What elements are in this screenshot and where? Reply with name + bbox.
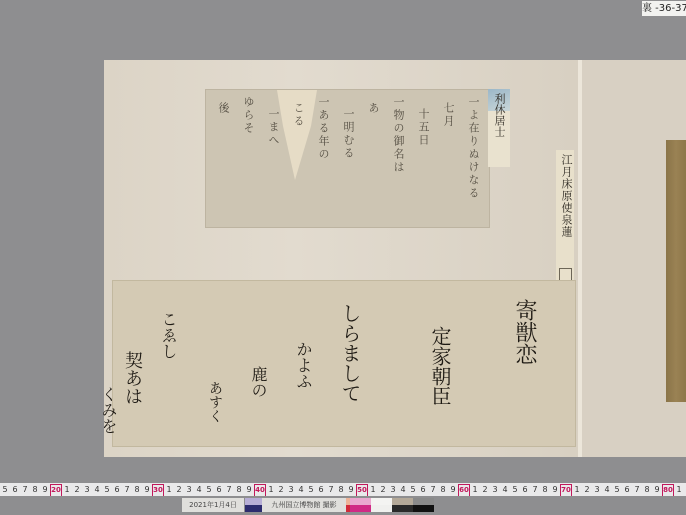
ruler-tick: 9 — [346, 483, 356, 496]
ruler-tick: 9 — [652, 483, 662, 496]
ruler-tick: 7 — [530, 483, 540, 496]
ruler-tick: 20 — [50, 484, 62, 496]
letter-column: ゆらそ — [240, 96, 256, 135]
letter-column: 一明むる — [340, 108, 356, 160]
ruler-tick: 3 — [286, 483, 296, 496]
poem-column: くみを — [97, 386, 120, 434]
ruler-tick: 2 — [378, 483, 388, 496]
ruler-tick: 5 — [510, 483, 520, 496]
photo-date: 2021年1月4日 — [182, 498, 244, 512]
ruler-tick: 3 — [82, 483, 92, 496]
ruler-tick: 3 — [184, 483, 194, 496]
letter-column: 一まへ — [265, 108, 281, 147]
ruler-tick: 1 — [674, 483, 684, 496]
ruler-tick: 6 — [214, 483, 224, 496]
ruler-tick: 3 — [490, 483, 500, 496]
ruler-tick: 7 — [20, 483, 30, 496]
ruler-tick: 50 — [356, 484, 368, 496]
letter-column: 一物の御名は — [390, 96, 406, 174]
ruler-tick: 6 — [622, 483, 632, 496]
letter-column: 一よ在りぬけなる — [465, 96, 481, 200]
ruler-tick: 6 — [520, 483, 530, 496]
ruler-tick: 3 — [592, 483, 602, 496]
ruler-tick: 9 — [244, 483, 254, 496]
poem-column: 鹿の — [247, 366, 270, 398]
ruler-tick: 7 — [632, 483, 642, 496]
ruler-tick: 7 — [122, 483, 132, 496]
album-page: 一よ在りぬけなる七月十五日一物の御名はあ一明むる一ある年のこる一まへゆらそ後 利… — [104, 60, 686, 457]
ruler-tick: 80 — [662, 484, 674, 496]
ruler-tick: 6 — [418, 483, 428, 496]
ruler-tick: 5 — [306, 483, 316, 496]
poem-column: 寄獣恋 — [509, 299, 540, 365]
ruler-tick: 8 — [438, 483, 448, 496]
ruler-tick: 2 — [276, 483, 286, 496]
attribution-text: 利休居士 — [491, 93, 507, 137]
poem-column: あすく — [205, 381, 225, 423]
ruler-tick: 5 — [612, 483, 622, 496]
ruler-tick: 7 — [326, 483, 336, 496]
ruler-tick: 3 — [388, 483, 398, 496]
ruler-tick: 6 — [112, 483, 122, 496]
ruler-tick: 7 — [224, 483, 234, 496]
ruler-tick: 1 — [62, 483, 72, 496]
letter-column: 十五日 — [415, 108, 431, 147]
poem-column: こゑし — [157, 311, 180, 359]
ruler-tick: 4 — [602, 483, 612, 496]
ruler-tick: 1 — [572, 483, 582, 496]
ruler-tick: 8 — [234, 483, 244, 496]
ruler-tick: 5 — [408, 483, 418, 496]
ruler-tick: 40 — [254, 484, 266, 496]
ruler-tick: 8 — [642, 483, 652, 496]
letter-column: 七月 — [440, 102, 456, 128]
ruler-tick: 4 — [500, 483, 510, 496]
page-label-tag: 裏 -36-37 — [642, 1, 686, 16]
ruler-tick: 1 — [368, 483, 378, 496]
attribution-tag: 利休居士 — [488, 89, 510, 167]
ruler-tick: 8 — [30, 483, 40, 496]
ruler-tick: 1 — [266, 483, 276, 496]
ruler-tick: 8 — [132, 483, 142, 496]
color-swatch — [392, 498, 413, 512]
letter-column: 後 — [215, 102, 231, 115]
ruler-tick: 30 — [152, 484, 164, 496]
ruler-tick: 4 — [194, 483, 204, 496]
ruler-tick: 5 — [0, 483, 10, 496]
color-swatch — [413, 498, 434, 512]
slip-text: 江月床原使泉蓮 — [558, 154, 574, 238]
measuring-ruler: 5678920123456789301234567894012345678950… — [0, 483, 686, 496]
ruler-tick: 4 — [398, 483, 408, 496]
photo-credit: 九州国立博物館 撮影 — [262, 498, 346, 512]
poem-column: 定家朝臣 — [426, 326, 455, 406]
ruler-tick: 60 — [458, 484, 470, 496]
ruler-tick: 9 — [40, 483, 50, 496]
ruler-tick: 4 — [92, 483, 102, 496]
calligraphy-poem: 寄獣恋定家朝臣しらましてかよふ鹿のあすくこゑし契あはくみを — [112, 280, 576, 447]
color-swatch — [350, 498, 371, 512]
poem-column: かよふ — [292, 341, 315, 389]
ruler-tick: 2 — [72, 483, 82, 496]
attribution-slip: 江月床原使泉蓮 — [556, 150, 574, 288]
ruler-tick: 2 — [480, 483, 490, 496]
ruler-tick: 9 — [550, 483, 560, 496]
ruler-tick: 1 — [470, 483, 480, 496]
ruler-tick: 7 — [428, 483, 438, 496]
letter-column: こる — [290, 102, 306, 128]
ruler-tick: 9 — [142, 483, 152, 496]
color-swatch — [371, 498, 392, 512]
poem-column: 契あは — [119, 351, 145, 405]
ruler-tick: 2 — [174, 483, 184, 496]
ruler-tick: 6 — [10, 483, 20, 496]
ruler-tick: 1 — [164, 483, 174, 496]
ruler-tick: 5 — [204, 483, 214, 496]
letter-column: あ — [365, 102, 381, 115]
ruler-tick: 5 — [102, 483, 112, 496]
letter-column: 一ある年の — [315, 96, 331, 161]
ruler-tick: 70 — [560, 484, 572, 496]
ruler-tick: 8 — [336, 483, 346, 496]
ruler-tick: 6 — [316, 483, 326, 496]
ruler-tick: 9 — [448, 483, 458, 496]
ruler-tick: 8 — [540, 483, 550, 496]
adjacent-fragment — [666, 140, 686, 402]
ruler-tick: 2 — [582, 483, 592, 496]
calligraphy-letter: 一よ在りぬけなる七月十五日一物の御名はあ一明むる一ある年のこる一まへゆらそ後 — [205, 89, 490, 228]
ruler-tick: 4 — [296, 483, 306, 496]
poem-column: しらまして — [336, 303, 365, 403]
